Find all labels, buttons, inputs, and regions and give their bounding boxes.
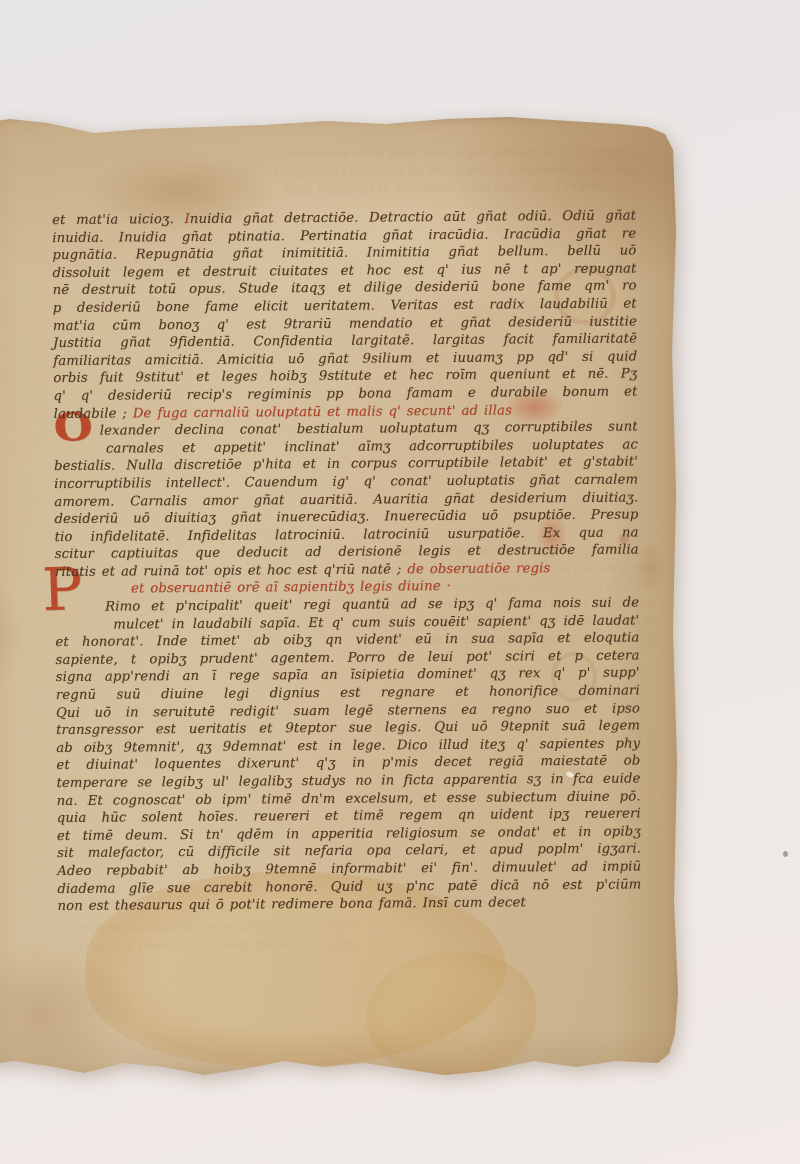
show-through-text: regnum suum diuine legi dignius est regn… <box>76 917 356 971</box>
body-text: laudabile ; <box>54 406 133 422</box>
body-text: Rimo et p'ncipalit' queit' regi quantū a… <box>105 595 639 614</box>
rubric-text: et obseruantiē orē aī sapientibʒ legis d… <box>131 579 451 597</box>
body-text: lexander declina conat' bestialum uolupt… <box>100 420 638 439</box>
show-through-text: sapientia et eloquentia regis gnat bona … <box>276 143 636 212</box>
photo-backdrop: { "palette":{ "bg-top":"#e9e6e6","bg-mid… <box>0 0 800 1164</box>
rubric-text: de obseruatiōe regis <box>407 561 550 577</box>
text-line: non est thesaurus qui ō pot'it redimere … <box>57 894 641 916</box>
body-text: temperare se legibʒ ul' legalibʒ studys … <box>56 771 640 791</box>
body-text: Adeo repbabit' ab hoibʒ 9temnē informabi… <box>57 859 641 879</box>
body-text: scitur captiuitas que deducit ad derisio… <box>55 543 639 563</box>
body-text: non est thesaurus qui ō pot'it redimere … <box>57 895 526 914</box>
body-text: nuidia gñat detractiōe. Detractio aūt gñ… <box>190 208 636 227</box>
manuscript-photo: sapientia et eloquentia regis gnat bona … <box>0 0 800 1164</box>
manuscript-page: sapientia et eloquentia regis gnat bona … <box>0 112 686 1087</box>
body-text: p desideriū bone fame elicit ueritatem. … <box>53 296 637 316</box>
stain-corner-bottom-left <box>0 942 136 1092</box>
brown-blotch <box>636 544 666 590</box>
body-text: incorruptibilis intellect'. Cauendum ig'… <box>54 472 638 492</box>
body-text: q' q' desideriū recip's regiminis pp bon… <box>53 384 637 404</box>
rubric-text: De fuga carnaliū uoluptatū et malis q' s… <box>133 403 512 421</box>
stain-left-edge <box>0 582 22 692</box>
text-block: et mat'ia uicioʒ. Inuidia gñat detractiō… <box>52 207 642 915</box>
body-text: diadema glīe sue carebit honorē. Quid uʒ… <box>57 877 641 897</box>
body-text: ritatis et ad ruinā tot' opis et hoc est… <box>55 562 408 580</box>
body-text: et mat'ia uicioʒ. <box>52 212 184 228</box>
stain-bottom-lobe <box>366 952 536 1077</box>
